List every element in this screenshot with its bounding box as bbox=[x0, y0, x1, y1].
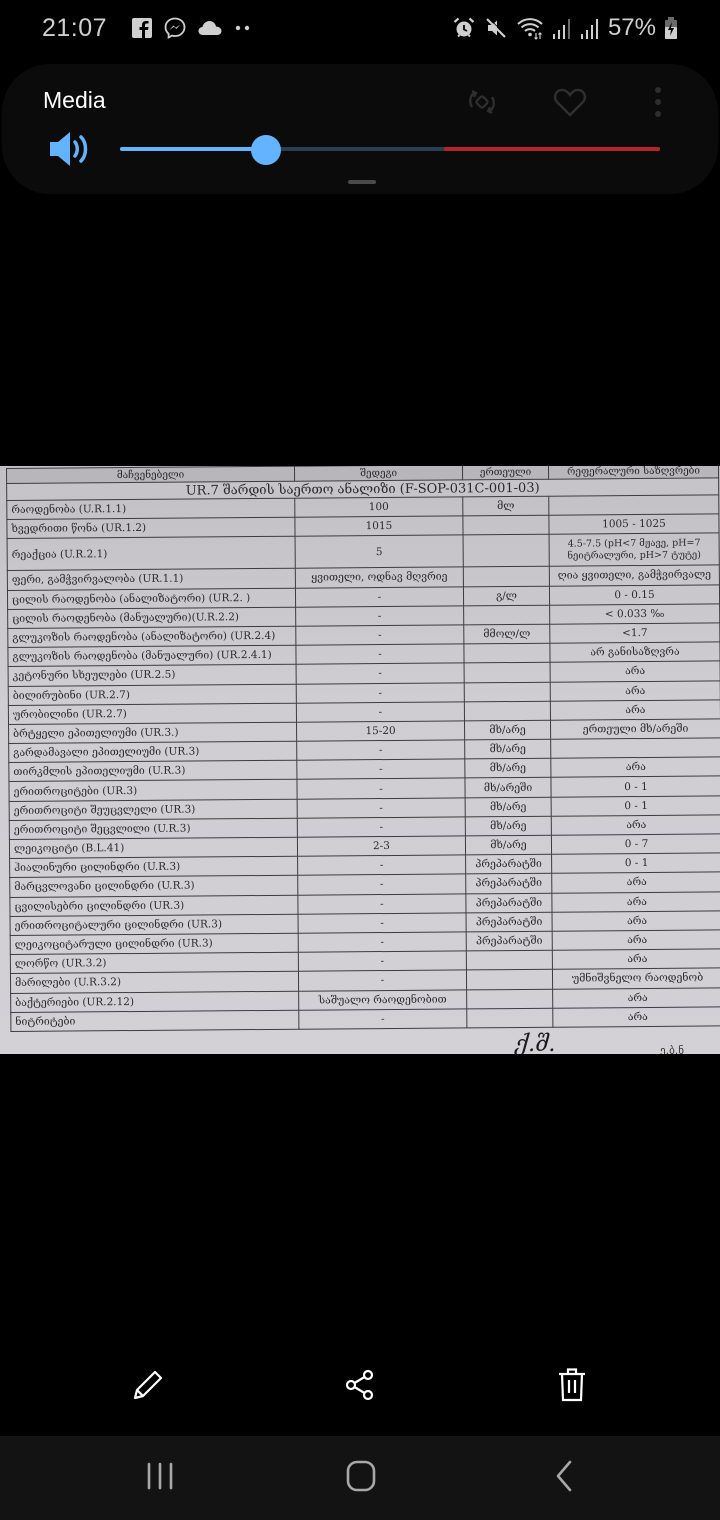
cell-result: - bbox=[295, 586, 463, 607]
cell-result: - bbox=[298, 893, 466, 914]
cell-indicator: ერითროციტი შეუცვლელი (UR.3) bbox=[9, 799, 297, 820]
cell-result: - bbox=[296, 682, 464, 703]
signal-icon bbox=[580, 16, 600, 40]
cell-result: - bbox=[297, 798, 465, 819]
cell-unit bbox=[463, 515, 549, 535]
cell-unit: მხ/არე bbox=[465, 758, 551, 778]
slider-fill bbox=[120, 147, 266, 151]
messenger-icon bbox=[163, 16, 187, 40]
signature-note: ე.ბ.ნ bbox=[660, 1044, 684, 1054]
cell-reference: არა bbox=[552, 930, 720, 951]
cell-unit bbox=[464, 701, 550, 721]
battery-percent: 57% bbox=[608, 14, 656, 42]
photo-toolbar bbox=[0, 1355, 720, 1419]
cell-unit: პრეპარატში bbox=[466, 931, 552, 951]
slider-thumb[interactable] bbox=[251, 135, 281, 165]
battery-charging-icon bbox=[664, 16, 678, 40]
cell-unit: პრეპარატში bbox=[466, 912, 552, 932]
media-title: Media bbox=[43, 87, 106, 114]
status-bar: 21:07 57% bbox=[0, 0, 720, 56]
media-volume-panel: Media bbox=[2, 64, 718, 194]
cell-result: 5 bbox=[295, 535, 463, 568]
cell-indicator: ერითროციტები (UR.3) bbox=[9, 780, 297, 801]
cell-unit: მხ/არეში bbox=[465, 778, 551, 798]
cloud-icon bbox=[197, 18, 223, 38]
cell-reference: არა bbox=[550, 680, 720, 701]
heart-icon[interactable] bbox=[550, 82, 590, 122]
cell-reference: 0 - 1 bbox=[551, 776, 720, 797]
cell-result: - bbox=[299, 1009, 467, 1030]
photo-viewer-image[interactable]: მაჩვენებელი შედეგი ერთეული რეფერალური სა… bbox=[0, 466, 720, 1054]
cell-unit bbox=[467, 1008, 553, 1028]
recents-button[interactable] bbox=[130, 1454, 190, 1502]
cell-reference: 4.5-7.5 (pH<7 მჟავე, pH=7 ნეიტრალური, pH… bbox=[549, 533, 719, 566]
cell-reference: 0 - 1 bbox=[552, 853, 720, 874]
delete-icon bbox=[555, 1367, 589, 1407]
cell-reference: არა bbox=[551, 815, 720, 836]
cell-unit bbox=[466, 970, 552, 990]
header-result: შედეგი bbox=[294, 466, 462, 481]
clock: 21:07 bbox=[42, 14, 107, 43]
cell-unit bbox=[464, 682, 550, 702]
cell-reference: არა bbox=[552, 872, 720, 893]
header-unit: ერთეული bbox=[462, 466, 548, 480]
back-button[interactable] bbox=[534, 1454, 594, 1502]
cell-reference: არა bbox=[552, 949, 720, 970]
cell-result: - bbox=[298, 855, 466, 876]
cell-indicator: ცვილისებრი ცილინდრი (UR.3) bbox=[10, 895, 298, 916]
cell-result: 15-20 bbox=[297, 721, 465, 742]
cell-indicator: ლორწო (UR.3.2) bbox=[10, 952, 298, 973]
cell-unit bbox=[463, 567, 549, 587]
edit-button[interactable] bbox=[116, 1355, 180, 1419]
cell-unit: მმოლ/ლ bbox=[464, 624, 550, 644]
cell-indicator: მარილები (U.R.3.2) bbox=[10, 972, 298, 993]
facebook-icon bbox=[131, 17, 153, 39]
cell-reference: 0 - 1 bbox=[551, 796, 720, 817]
sync-icon[interactable] bbox=[462, 82, 502, 122]
cell-reference bbox=[549, 495, 719, 516]
cell-indicator: ბილირუბინი (UR.2.7) bbox=[8, 684, 296, 705]
cell-reference: 0 - 7 bbox=[551, 834, 720, 855]
cell-result: საშუალო რაოდენობით bbox=[299, 989, 467, 1010]
edit-icon bbox=[131, 1368, 165, 1406]
cell-result: - bbox=[298, 951, 466, 972]
cell-unit bbox=[463, 535, 549, 568]
cell-reference: ღია ყვითელი, გამჭვირვალე bbox=[549, 565, 719, 586]
more-vert-icon[interactable] bbox=[638, 82, 678, 122]
cell-unit: პრეპარატში bbox=[466, 854, 552, 874]
cell-indicator: გლუკოზის რაოდენობა (მანუალური) (UR.2.4.1… bbox=[8, 645, 296, 666]
navigation-bar bbox=[0, 1436, 720, 1520]
cell-indicator: ჰიალინური ცილინდრი (U.R.3) bbox=[10, 856, 298, 877]
cell-result: 100 bbox=[295, 497, 463, 518]
cell-indicator: ლეიკოციტარული ცილინდრი (UR.3) bbox=[10, 933, 298, 954]
alarm-icon bbox=[452, 16, 476, 40]
cell-unit bbox=[466, 950, 552, 970]
cell-reference bbox=[551, 738, 720, 759]
volume-icon[interactable] bbox=[48, 129, 94, 169]
delete-button[interactable] bbox=[540, 1355, 604, 1419]
cell-reference: არა bbox=[551, 757, 720, 778]
cell-unit: მლ bbox=[463, 496, 549, 516]
cell-reference: 0 - 0.15 bbox=[549, 584, 719, 605]
cell-result: - bbox=[298, 970, 466, 991]
cell-indicator: ხვედრითი წონა (UR.1.2) bbox=[7, 517, 295, 538]
cell-unit bbox=[464, 605, 550, 625]
cell-result: - bbox=[298, 932, 466, 953]
cell-indicator: კეტონური სხეულები (UR.2.5) bbox=[8, 665, 296, 686]
cell-unit: პრეპარატში bbox=[466, 893, 552, 913]
cell-indicator: ბაქტერიები (UR.2.12) bbox=[11, 991, 299, 1012]
cell-indicator: მარცვლოვანი ცილინდრი (U.R.3) bbox=[10, 876, 298, 897]
cell-reference: 1005 - 1025 bbox=[549, 514, 719, 535]
more-notifications-icon bbox=[233, 24, 253, 32]
cell-result: - bbox=[296, 625, 464, 646]
cell-indicator: ლეიკოციტი (B.L.41) bbox=[9, 837, 297, 858]
cell-reference: არა bbox=[550, 700, 720, 721]
cell-unit: მხ/არე bbox=[464, 720, 550, 740]
cell-reference: არა bbox=[552, 891, 720, 912]
cell-indicator: ერითროციტი შეცვლილი (U.R.3) bbox=[9, 818, 297, 839]
cell-reference: <1.7 bbox=[550, 623, 720, 644]
urine-analysis-table: მაჩვენებელი შედეგი ერთეული რეფერალური სა… bbox=[6, 466, 720, 1032]
cell-result: - bbox=[296, 644, 464, 665]
cell-indicator: ფერი, გამჭვირვალობა (UR.1.1) bbox=[7, 569, 295, 590]
recents-icon bbox=[145, 1461, 175, 1495]
cell-unit: მხ/არე bbox=[465, 835, 551, 855]
cell-unit: მხ/არე bbox=[465, 739, 551, 759]
cell-reference: არა bbox=[553, 987, 720, 1008]
cell-indicator: ბრტყელი ეპითელიუმი (UR.3.) bbox=[9, 722, 297, 743]
cell-result: 2-3 bbox=[297, 836, 465, 857]
cell-result: - bbox=[297, 778, 465, 799]
cell-result: - bbox=[297, 759, 465, 780]
cell-result: - bbox=[296, 663, 464, 684]
wifi-icon bbox=[516, 16, 544, 40]
share-icon bbox=[343, 1368, 377, 1406]
back-icon bbox=[552, 1459, 576, 1497]
home-icon bbox=[344, 1459, 378, 1497]
cell-result: 1015 bbox=[295, 516, 463, 537]
cell-unit: მხ/არე bbox=[465, 797, 551, 817]
cell-result: - bbox=[296, 702, 464, 723]
cell-indicator: თირკმლის ეპითელიუმი (U.R.3) bbox=[9, 760, 297, 781]
cell-result: - bbox=[297, 740, 465, 761]
cell-indicator: რაოდენობა (U.R.1.1) bbox=[7, 498, 295, 519]
cell-result: - bbox=[298, 874, 466, 895]
cell-unit: მხ/არე bbox=[465, 816, 551, 836]
signature: ქ.შ. bbox=[515, 1032, 555, 1054]
cell-reference: არა bbox=[553, 1007, 720, 1028]
cell-result: - bbox=[298, 913, 466, 934]
cell-result: - bbox=[297, 817, 465, 838]
volume-slider[interactable] bbox=[120, 142, 660, 156]
cell-result: ყვითელი, ოდნავ მღვრიე bbox=[295, 567, 463, 588]
cell-reference: ერთეული მხ/არეში bbox=[550, 719, 720, 740]
cell-indicator: გლუკოზის რაოდენობა (ანალიზატორი) (UR.2.4… bbox=[8, 626, 296, 647]
cell-indicator: გარდამავალი ეპითელიუმი (UR.3) bbox=[9, 741, 297, 762]
cell-indicator: ნიტრიტები bbox=[11, 1010, 299, 1031]
panel-drag-handle[interactable] bbox=[348, 180, 376, 184]
cell-result: - bbox=[296, 606, 464, 627]
cell-indicator: ერითროციტალური ცილინდრი (UR.3) bbox=[10, 914, 298, 935]
cell-reference: არა bbox=[550, 661, 720, 682]
cell-indicator: ცილის რაოდენობა (მანუალური)(U.R.2.2) bbox=[8, 607, 296, 628]
cell-unit bbox=[464, 643, 550, 663]
cell-indicator: რეაქცია (U.R.2.1) bbox=[7, 537, 295, 571]
cell-reference: არა bbox=[552, 911, 720, 932]
cell-unit: პრეპარატში bbox=[466, 874, 552, 894]
cell-reference: < 0.033 ‰ bbox=[550, 604, 720, 625]
home-button[interactable] bbox=[331, 1454, 391, 1502]
share-button[interactable] bbox=[328, 1355, 392, 1419]
slider-warning-zone bbox=[444, 147, 660, 151]
cell-unit bbox=[467, 989, 553, 1009]
cell-indicator: ცილის რაოდენობა (ანალიზატორი) (UR.2. ) bbox=[7, 588, 295, 609]
cell-unit: გ/ლ bbox=[463, 586, 549, 606]
mute-icon bbox=[484, 16, 508, 40]
cell-reference: უმნიშვნელო რაოდენობ bbox=[552, 968, 720, 989]
lab-report-document: მაჩვენებელი შედეგი ერთეული რეფერალური სა… bbox=[6, 466, 720, 1032]
cell-reference: არ განისაზღვრა bbox=[550, 642, 720, 663]
signal-icon bbox=[552, 16, 572, 40]
cell-unit bbox=[464, 663, 550, 683]
cell-indicator: ურობილინი (UR.2.7) bbox=[8, 703, 296, 724]
